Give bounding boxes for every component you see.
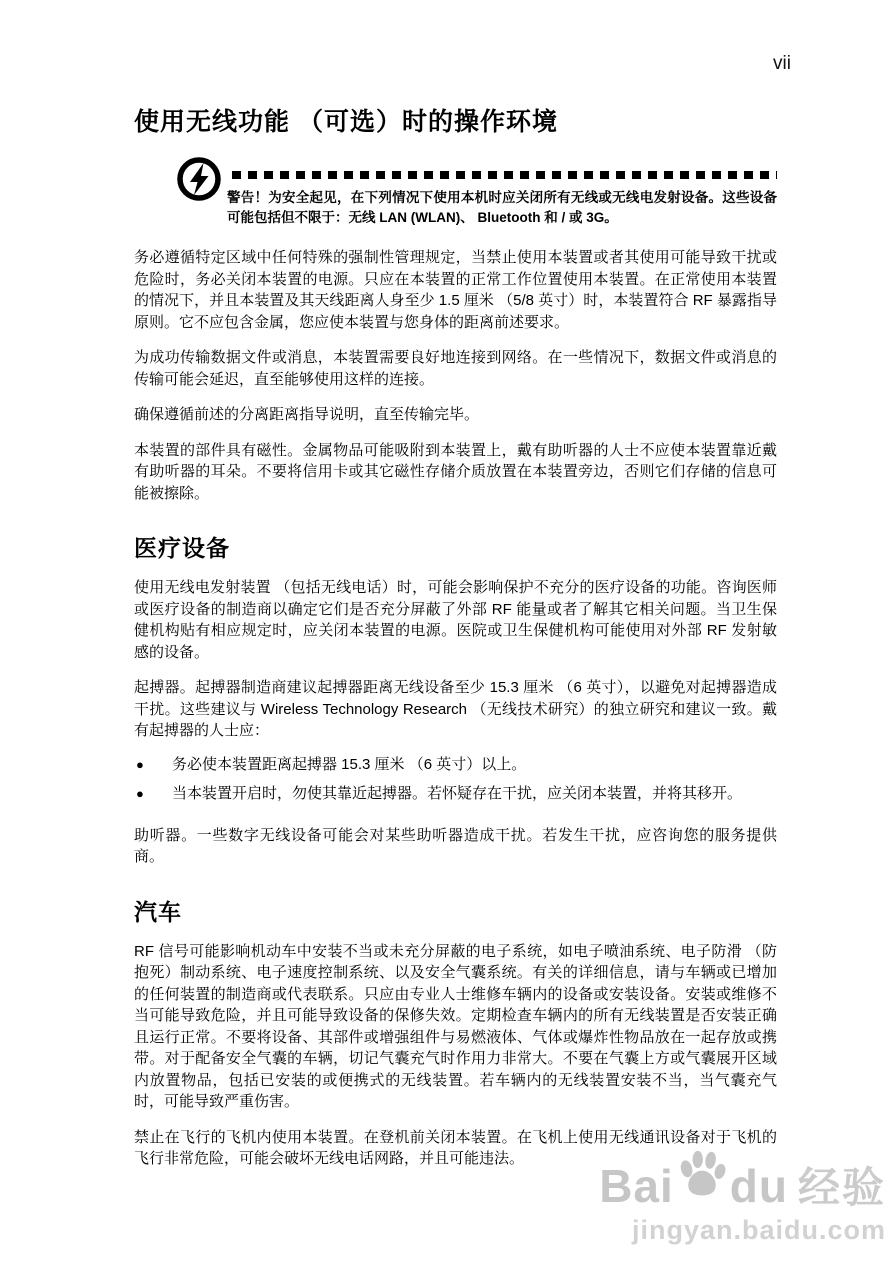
watermark-jingyan-text: 经验 xyxy=(798,1167,886,1209)
page-title: 使用无线功能 （可选）时的操作环境 xyxy=(134,107,777,138)
warning-lightning-icon xyxy=(176,156,222,227)
paragraph-separation: 确保遵循前述的分离距离指导说明，直至传输完毕。 xyxy=(134,404,777,426)
section-heading-vehicles: 汽车 xyxy=(134,894,777,927)
paragraph-hearing-aid: 助听器。一些数字无线设备可能会对某些助听器造成干扰。若发生干扰，应咨询您的服务提… xyxy=(134,825,777,868)
warning-callout: 警告！为安全起见，在下列情况下使用本机时应关闭所有无线或无线电发射设备。这些设备… xyxy=(134,156,777,227)
bullet-dot: ● xyxy=(134,754,172,776)
paragraph-vehicles-rf: RF 信号可能影响机动车中安装不当或未充分屏蔽的电子系统，如电子喷油系统、电子防… xyxy=(134,941,777,1113)
watermark-site-url: jingyan.baidu.com xyxy=(599,1215,886,1246)
paragraph-regulations: 务必遵循特定区域中任何特殊的强制性管理规定，当禁止使用本装置或者其使用可能导致干… xyxy=(134,247,777,333)
paragraph-transmission: 为成功传输数据文件或消息，本装置需要良好地连接到网络。在一些情况下，数据文件或消… xyxy=(134,347,777,390)
watermark-du-text: du xyxy=(730,1163,788,1209)
paragraph-magnetic: 本装置的部件具有磁性。金属物品可能吸附到本装置上，戴有助听器的人士不应使本装置靠… xyxy=(134,440,777,505)
section-heading-medical-devices: 医疗设备 xyxy=(134,530,777,563)
bullet-text: 当本装置开启时，勿使其靠近起搏器。若怀疑存在干扰，应关闭本装置，并将其移开。 xyxy=(172,783,777,805)
bullet-text: 务必使本装置距离起搏器 15.3 厘米 （6 英寸）以上。 xyxy=(172,754,777,776)
bullet-dot: ● xyxy=(134,783,172,805)
pacemaker-bullet-list: ● 务必使本装置距离起搏器 15.3 厘米 （6 英寸）以上。 ● 当本装置开启… xyxy=(134,754,777,805)
watermark-bai-text: Bai xyxy=(599,1163,674,1209)
bullet-item-power-off: ● 当本装置开启时，勿使其靠近起搏器。若怀疑存在干扰，应关闭本装置，并将其移开。 xyxy=(134,783,777,805)
dashed-divider xyxy=(232,171,777,179)
paragraph-pacemaker: 起搏器。起搏器制造商建议起搏器距离无线设备至少 15.3 厘米 （6 英寸），以… xyxy=(134,677,777,742)
paragraph-medical-general: 使用无线电发射装置 （包括无线电话）时，可能会影响保护不充分的医疗设备的功能。咨… xyxy=(134,577,777,663)
warning-note-text: 警告！为安全起见，在下列情况下使用本机时应关闭所有无线或无线电发射设备。这些设备… xyxy=(227,188,777,227)
paragraph-aircraft: 禁止在飞行的飞机内使用本装置。在登机前关闭本装置。在飞机上使用无线通讯设备对于飞… xyxy=(134,1127,777,1170)
document-content: 使用无线功能 （可选）时的操作环境 警告！为安全起见，在下列情况下使用本机时应关… xyxy=(134,0,777,1170)
bullet-item-distance: ● 务必使本装置距离起搏器 15.3 厘米 （6 英寸）以上。 xyxy=(134,754,777,776)
